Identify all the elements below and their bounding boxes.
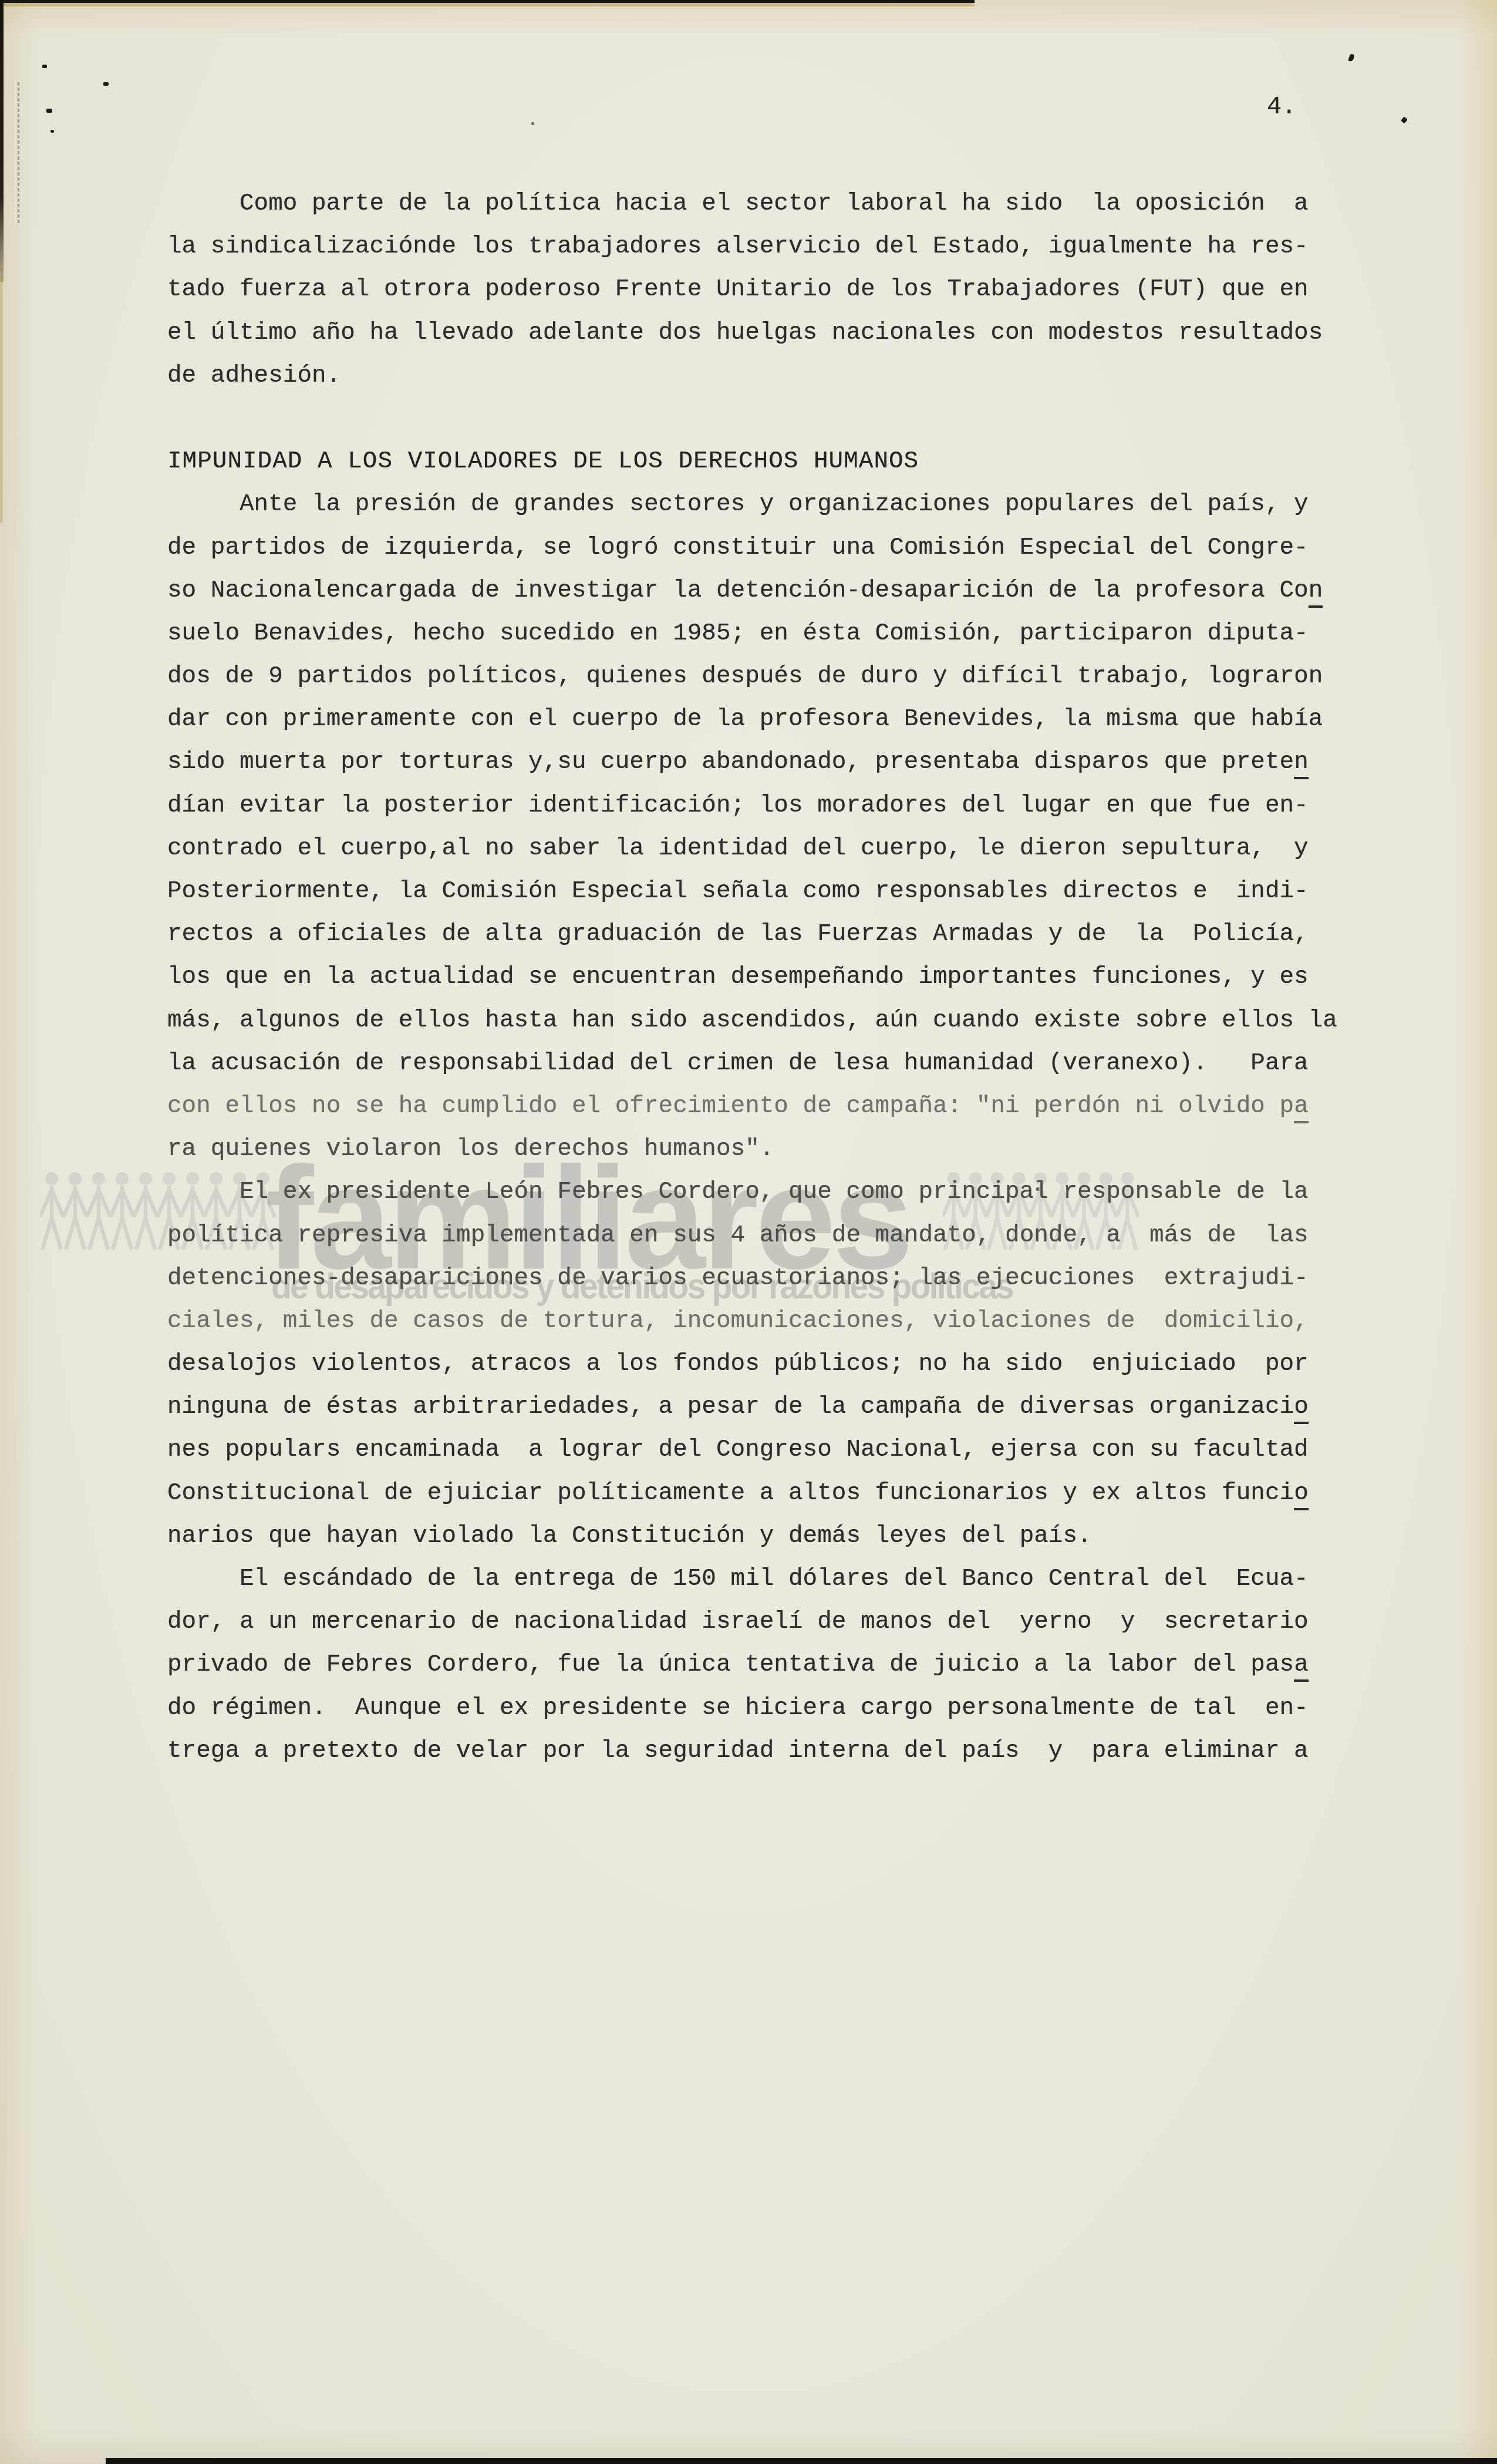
document-line: ninguna de éstas arbitrariedades, a pesa…: [167, 1386, 1400, 1429]
scanned-page: familiares de desaparecidos y detenidos …: [0, 0, 1497, 2464]
document-line: nes populars encaminada a lograr del Con…: [167, 1429, 1400, 1472]
document-line: El escándado de la entrega de 150 mil dó…: [167, 1558, 1400, 1601]
underlined-syllable: n: [1294, 749, 1309, 779]
document-line: do régimen. Aunque el ex presidente se h…: [167, 1687, 1400, 1730]
document-line: trega a pretexto de velar por la segurid…: [167, 1730, 1400, 1773]
underlined-syllable: n: [1309, 577, 1323, 608]
document-line: detenciones-desapariciones de varios ecu…: [167, 1257, 1400, 1300]
document-line: narios que hayan violado la Constitución…: [167, 1515, 1400, 1558]
document-line: privado de Febres Cordero, fue la única …: [167, 1644, 1400, 1687]
scan-edge-top-tint: [0, 3, 975, 6]
document-line: ciales, miles de casos de tortura, incom…: [167, 1300, 1400, 1343]
scan-edge-bottom: [106, 2458, 1497, 2464]
document-line: con ellos no se ha cumplido el ofrecimie…: [167, 1085, 1400, 1128]
document-text: Como parte de la política hacia el secto…: [167, 183, 1400, 1773]
document-line: política represiva implementada en sus 4…: [167, 1214, 1400, 1257]
scan-speck: [50, 130, 54, 133]
scan-edge-left-tint: [0, 276, 3, 523]
scan-speck: [531, 122, 534, 125]
scan-speck: [42, 65, 47, 68]
document-line: dor, a un mercenario de nacionalidad isr…: [167, 1601, 1400, 1644]
document-line: El ex presidente León Febres Cordero, qu…: [167, 1171, 1400, 1214]
scan-speck: [1348, 53, 1355, 62]
underlined-syllable: a: [1294, 1093, 1309, 1123]
document-line: la sindicalizaciónde los trabajadores al…: [167, 225, 1400, 268]
document-line: dían evitar la posterior identificación;…: [167, 785, 1400, 827]
document-line: más, algunos de ellos hasta han sido asc…: [167, 999, 1400, 1042]
page-number: 4.: [1267, 93, 1296, 121]
document-line: sido muerta por torturas y,su cuerpo aba…: [167, 741, 1400, 784]
scan-speck: [103, 82, 109, 86]
document-line: contrado el cuerpo,al no saber la identi…: [167, 827, 1400, 870]
document-line: Posteriormente, la Comisión Especial señ…: [167, 870, 1400, 913]
scan-edge-left: [0, 0, 4, 282]
document-line: rectos a oficiales de alta graduación de…: [167, 913, 1400, 956]
document-line: suelo Benavides, hecho sucedido en 1985;…: [167, 612, 1400, 655]
underlined-syllable: a: [1294, 1651, 1309, 1682]
underlined-syllable: o: [1294, 1393, 1309, 1424]
document-line: desalojos violentos, atracos a los fondo…: [167, 1343, 1400, 1386]
document-line: tado fuerza al otrora poderoso Frente Un…: [167, 268, 1400, 311]
document-line: dos de 9 partidos políticos, quienes des…: [167, 655, 1400, 698]
document-line: la acusación de responsabilidad del crim…: [167, 1042, 1400, 1085]
blank-line: [167, 398, 1400, 440]
scan-scratch-mark: [18, 82, 19, 223]
document-line: Ante la presión de grandes sectores y or…: [167, 483, 1400, 526]
underlined-syllable: o: [1294, 1480, 1309, 1510]
document-line: dar con primeramente con el cuerpo de la…: [167, 698, 1400, 741]
document-line: ra quienes violaron los derechos humanos…: [167, 1128, 1400, 1171]
document-line: Constitucional de ejuiciar políticamente…: [167, 1472, 1400, 1515]
document-line: Como parte de la política hacia el secto…: [167, 183, 1400, 225]
document-line: de partidos de izquierda, se logró const…: [167, 527, 1400, 570]
document-line: los que en la actualidad se encuentran d…: [167, 956, 1400, 999]
document-line: de adhesión.: [167, 355, 1400, 398]
scan-speck: [1401, 116, 1408, 123]
scan-speck: [46, 109, 52, 113]
document-line: el último año ha llevado adelante dos hu…: [167, 312, 1400, 355]
document-line: so Nacionalencargada de investigar la de…: [167, 570, 1400, 612]
section-heading: IMPUNIDAD A LOS VIOLADORES DE LOS DERECH…: [167, 440, 1400, 483]
